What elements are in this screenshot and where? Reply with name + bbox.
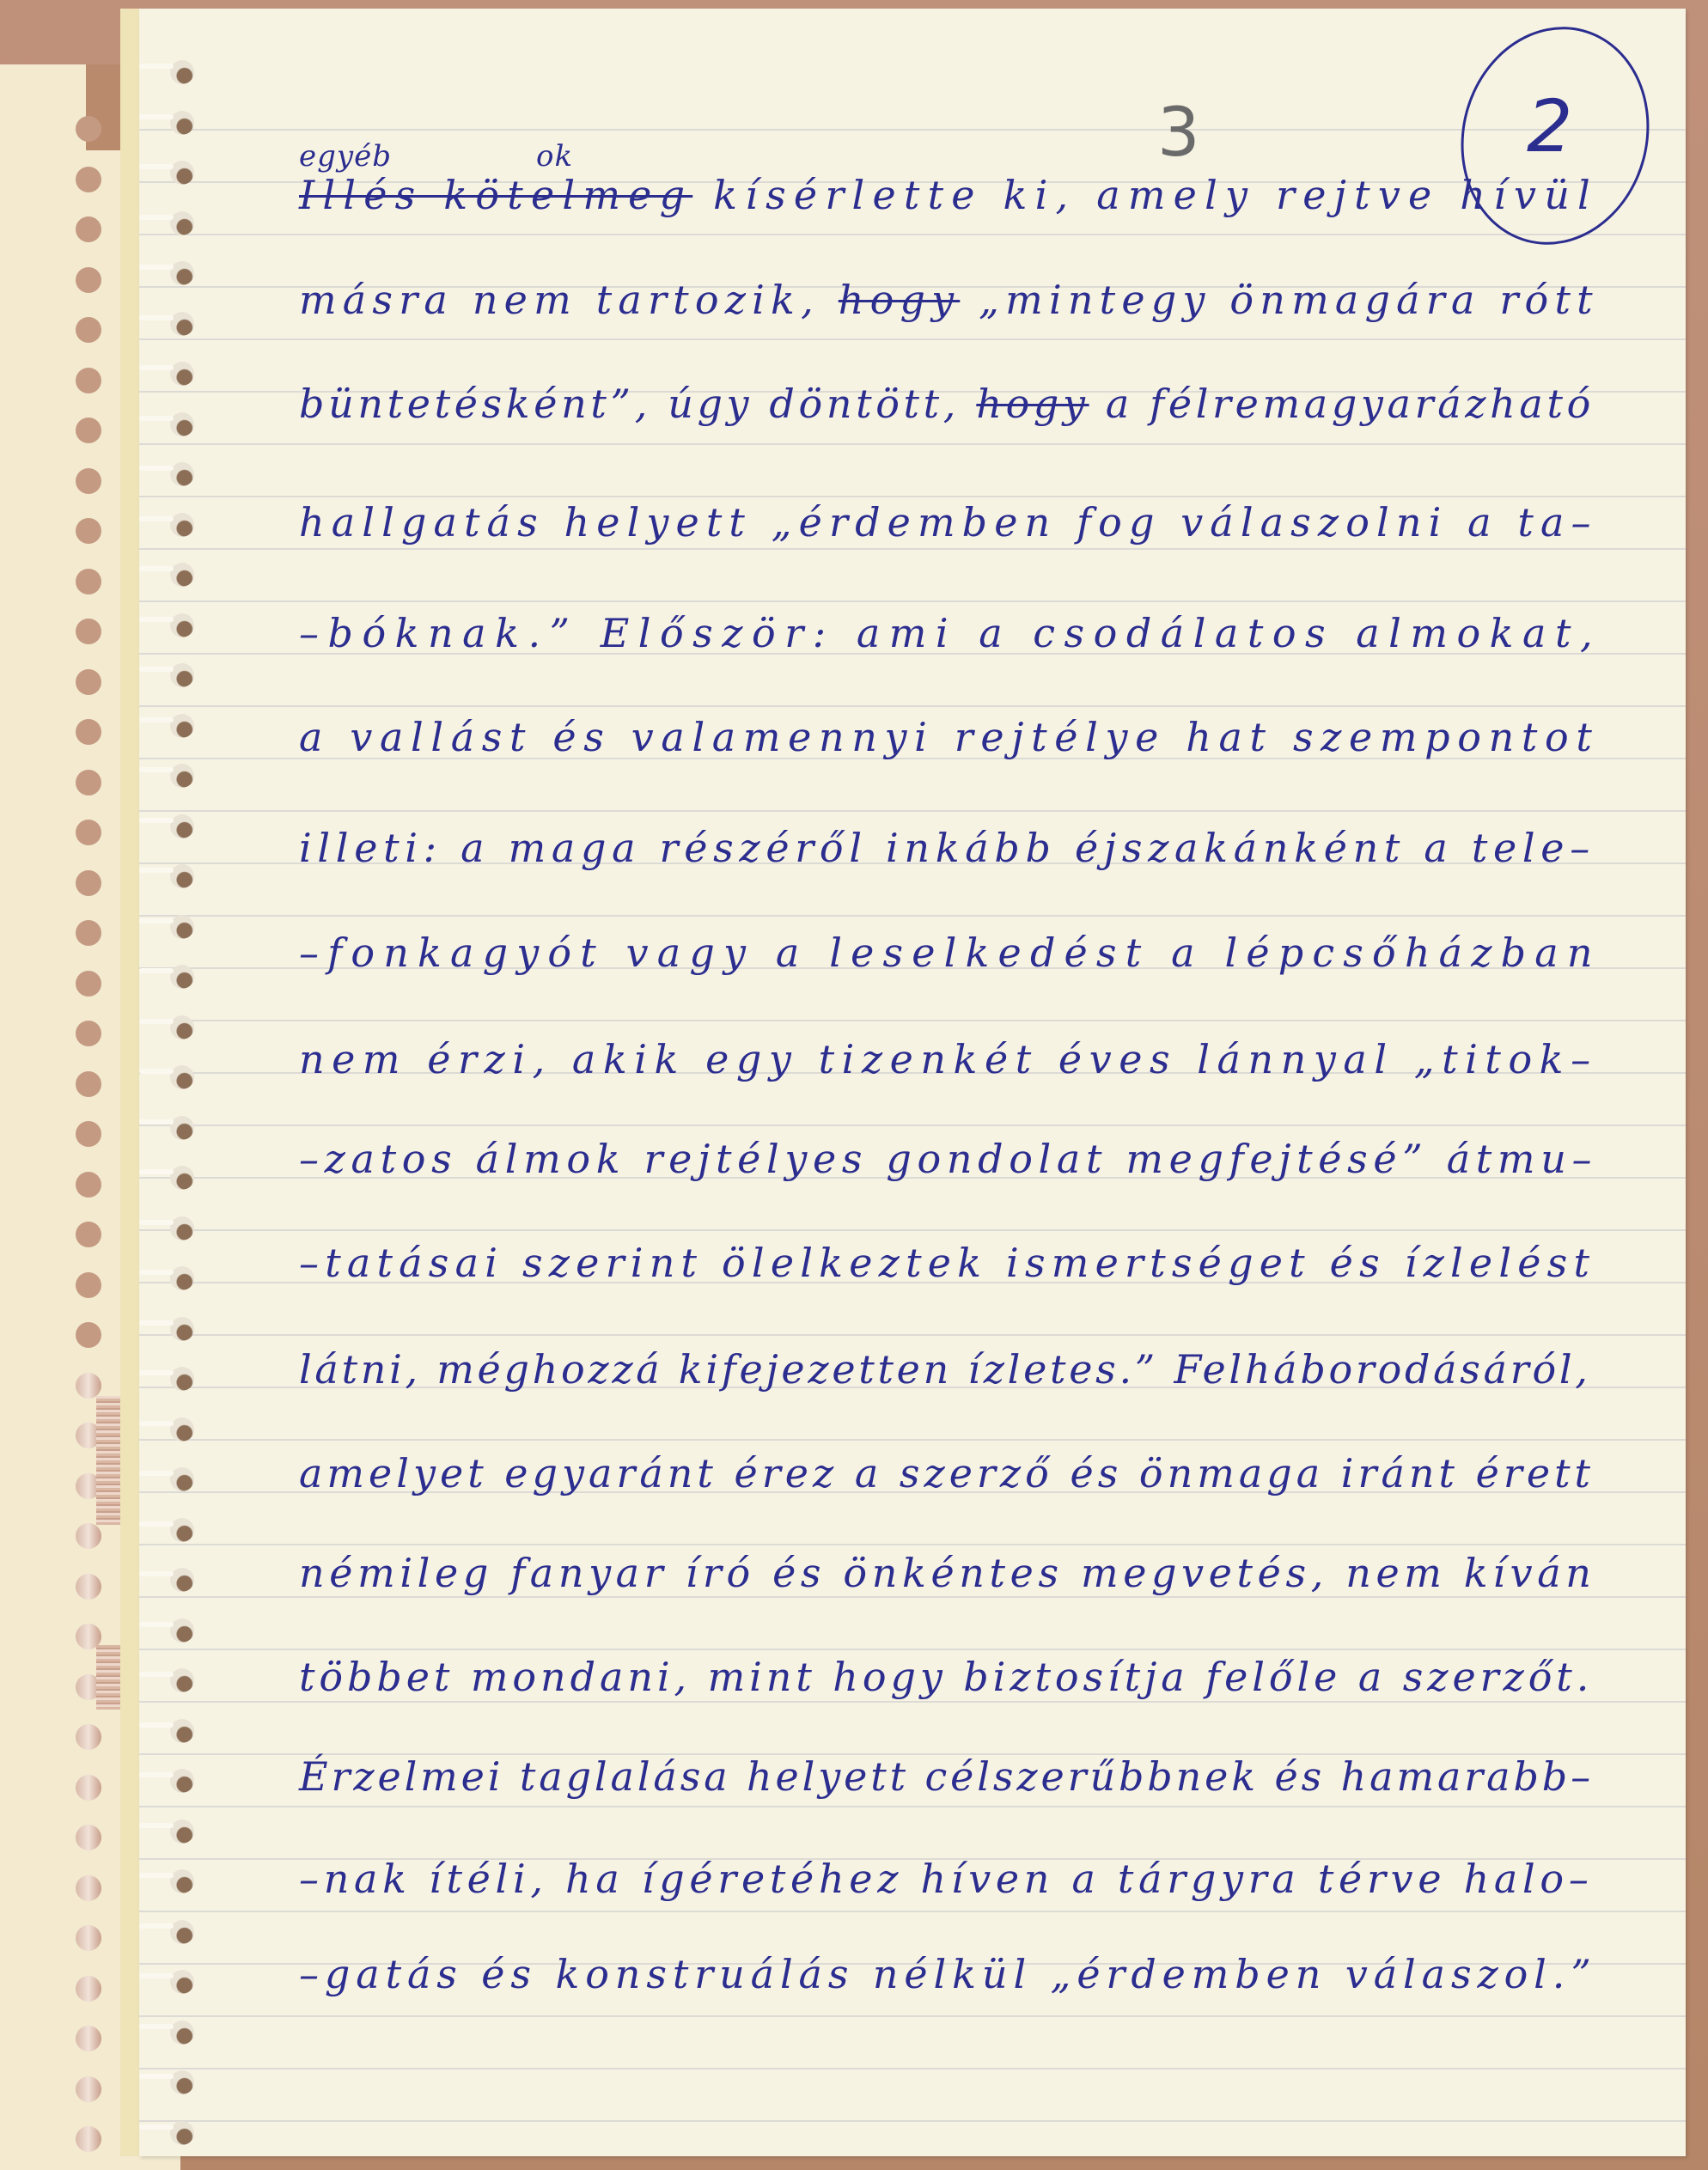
spiral-hole [170,1116,194,1140]
torn-paper-edge [139,868,174,873]
torn-paper-edge [139,114,174,119]
spiral-hole [170,1216,194,1240]
text-segment: többet mondani, mint hogy biztosítja fel… [299,1654,1593,1700]
torn-paper-edge [139,2074,174,2079]
ruled-line [139,338,1686,340]
torn-paper-edge [139,1973,174,1978]
text-segment: Érzelmei taglalása helyett célszerűbbnek… [299,1753,1594,1800]
ruled-line [139,1701,1686,1703]
ruled-line [139,1439,1686,1441]
back-page-hole [76,1172,101,1198]
ruled-line [139,548,1686,550]
torn-paper-edge [139,1220,174,1225]
text-segment: –nak ítéli, ha ígéretéhez híven a tárgyr… [299,1856,1594,1902]
spiral-hole [170,1417,194,1442]
torn-paper-edge [139,1421,174,1426]
torn-paper-edge [139,818,174,823]
torn-paper-edge [139,1772,174,1777]
torn-paper-edge [139,1069,174,1074]
torn-paper-edge [139,667,174,672]
spiral-hole [170,1166,194,1190]
torn-paper-edge [139,416,174,421]
text-line: –bóknak.” Először: ami a csodálatos almo… [299,610,1601,656]
back-page-hole [76,1071,101,1097]
ruled-line [139,2120,1686,2122]
text-line: –gatás és konstruálás nélkül „érdemben v… [299,1951,1597,1997]
text-segment: látni, méghozzá kifejezetten ízletes.” F… [299,1346,1591,1393]
torn-paper-edge [139,1722,174,1728]
back-page-hole [76,2126,101,2152]
spiral-hole [170,1266,194,1290]
text-segment: „mintegy önmagára rótt [960,277,1599,323]
torn-paper-edge [139,1622,174,1627]
ruled-line [139,496,1686,497]
circled-page-number: 2 [1527,84,1572,168]
ruled-line [139,1334,1686,1336]
back-page-hole [76,1523,101,1549]
torn-paper-edge [139,516,174,521]
text-line: a vallást és valamennyi rejtélye hat sze… [299,714,1599,760]
back-page-hole [76,619,101,644]
spiral-hole [170,513,194,537]
text-segment: –zatos álmok rejtélyes gondolat megfejté… [299,1136,1597,1182]
spiral-hole [170,1668,194,1692]
text-line: –fonkagyót vagy a leselkedést a lépcsőhá… [299,930,1601,976]
spiral-hole [170,764,194,788]
back-page-hole [76,1322,101,1348]
spiral-hole [170,814,194,838]
torn-paper-edge [139,164,174,169]
torn-paper-edge [139,566,174,571]
back-page-hole [76,518,101,544]
ruled-line [139,705,1686,707]
back-page-hole [76,267,101,293]
torn-paper-edge [139,1823,174,1828]
torn-paper-edge [139,1169,174,1174]
back-page-hole [76,569,101,594]
spiral-hole [170,563,194,587]
spiral-hole [170,412,194,436]
text-segment: némileg fanyar író és önkéntes megvetés,… [299,1550,1596,1596]
text-segment: másra nem tartozik, [299,277,839,323]
back-page-hole [76,167,101,192]
torn-paper-edge [139,315,174,320]
back-page-hole [76,1021,101,1046]
text-segment: hallgatás helyett „érdemben fog válaszol… [299,499,1598,546]
spiral-hole [170,613,194,637]
back-page-hole [76,1272,101,1298]
text-line: illeti: a maga részéről inkább éjszakánk… [299,825,1595,871]
torn-paper-edge [139,767,174,772]
torn-paper-edge [139,617,174,622]
spiral-hole [170,1618,194,1643]
struck-word: hogy [839,277,961,323]
back-page-hole [76,1574,101,1600]
torn-paper-edge [139,1923,174,1929]
back-page-hole [76,2026,101,2051]
torn-paper-edge [139,1270,174,1275]
back-page-hole [76,418,101,443]
torn-paper-edge [139,1119,174,1125]
spiral-hole [170,1367,194,1391]
ruled-line [139,129,1686,131]
back-page-hole [76,1222,101,1247]
text-line: Illés kötelmeg kísérlette ki, amely rejt… [299,172,1598,218]
spiral-hole [170,864,194,888]
text-line: Érzelmei taglalása helyett célszerűbbnek… [299,1753,1594,1800]
ruled-line [139,1544,1686,1545]
back-page-hole [76,971,101,997]
back-page-hole [76,368,101,393]
ruled-line [139,1125,1686,1126]
spiral-hole [170,462,194,486]
spiral-hole [170,60,194,84]
text-segment: –gatás és konstruálás nélkül „érdemben v… [299,1951,1597,1997]
spiral-hole [170,1518,194,1542]
ruled-line [139,600,1686,602]
torn-paper-edge [139,1873,174,1878]
struck-word: hogy [976,381,1089,427]
back-page-hole [76,770,101,795]
torn-paper-edge [139,365,174,370]
spiral-hole [170,1317,194,1341]
spiral-hole [170,1769,194,1793]
torn-paper-edge [139,215,174,220]
torn-paper-edge [139,1571,174,1576]
text-line: –tatásai szerint ölelkeztek ismertséget … [299,1240,1595,1286]
interlinear-word: ok [536,139,573,174]
text-line: némileg fanyar író és önkéntes megvetés,… [299,1550,1596,1596]
torn-paper-edge [139,1019,174,1024]
text-segment: nem érzi, akik egy tizenkét éves lánnyal… [299,1036,1598,1082]
ruled-line [139,810,1686,812]
back-page-hole [76,870,101,896]
ruled-line [139,1020,1686,1021]
interlinear-word: egyéb [299,139,392,174]
spiral-hole [170,714,194,738]
spiral-hole [170,2021,194,2045]
struck-word: Illés [299,172,423,218]
struck-word: kötelmeg [423,172,692,218]
back-page-hole [76,216,101,242]
back-page-hole [76,1925,101,1951]
ruled-line [139,1649,1686,1650]
torn-paper-edge [139,2124,174,2130]
spiral-hole [170,965,194,989]
back-page-hole [76,1825,101,1850]
back-page-hole [76,2076,101,2102]
torn-paper-edge [139,1320,174,1326]
ruled-line [139,915,1686,917]
spiral-hole [170,1568,194,1592]
back-page-hole [76,719,101,745]
ruled-line [139,234,1686,235]
spiral-hole [170,1970,194,1994]
torn-paper-edge [139,1672,174,1677]
back-page-hole [76,1121,101,1147]
back-page-hole [76,920,101,946]
back-page-hole [76,1724,101,1750]
back-page-hole [76,317,101,343]
spiral-hole [170,1869,194,1893]
back-page-hole [76,1976,101,2002]
back-page-hole [76,820,101,845]
spiral-hole [170,915,194,939]
text-line: büntetésként”, úgy döntött, hogy a félre… [299,381,1595,427]
spiral-hole [170,2070,194,2094]
text-segment: a vallást és valamennyi rejtélye hat sze… [299,714,1599,760]
torn-paper-edge [139,2024,174,2029]
back-page-hole [76,468,101,494]
ruled-line [139,2068,1686,2069]
spiral-hole [170,161,194,185]
spiral-hole [170,211,194,235]
spiral-hole [170,111,194,135]
spiral-hole [170,663,194,687]
ruled-line [139,1596,1686,1598]
text-line: amelyet egyaránt érez a szerző és önmaga… [299,1450,1595,1496]
notebook-page: 3 2 egyéb ok Illés kötelmeg kísérlette k… [139,9,1686,2156]
spiral-hole [170,1920,194,1944]
torn-paper-edge [139,64,174,69]
text-segment: kísérlette ki, amely rejtve hívül [692,172,1598,218]
text-segment: illeti: a maga részéről inkább éjszakánk… [299,825,1595,871]
spiral-hole [170,1719,194,1743]
back-page-hole [76,669,101,695]
text-segment: –fonkagyót vagy a leselkedést a lépcsőhá… [299,930,1601,976]
spiral-hole [170,312,194,336]
back-page-hole [76,1373,101,1399]
ruled-line [139,443,1686,445]
text-line: látni, méghozzá kifejezetten ízletes.” F… [299,1346,1591,1393]
torn-paper-edge [139,1370,174,1375]
text-segment: –bóknak.” Először: ami a csodálatos almo… [299,610,1601,656]
spiral-hole [170,362,194,386]
torn-paper-edge [139,466,174,471]
torn-paper-edge [139,1521,174,1527]
ruled-line [139,1806,1686,1807]
spiral-hole [170,1820,194,1844]
back-page-hole [76,116,101,142]
text-line: hallgatás helyett „érdemben fog válaszol… [299,499,1598,546]
text-segment: amelyet egyaránt érez a szerző és önmaga… [299,1450,1595,1496]
torn-paper-edge [139,918,174,923]
pencil-page-number: 3 [1157,94,1200,172]
text-line: –zatos álmok rejtélyes gondolat megfejté… [299,1136,1597,1182]
spiral-hole [170,2121,194,2145]
torn-paper-edge [139,1471,174,1476]
ruled-line [139,2015,1686,2017]
text-segment: –tatásai szerint ölelkeztek ismertséget … [299,1240,1595,1286]
text-line: többet mondani, mint hogy biztosítja fel… [299,1654,1593,1700]
text-line: nem érzi, akik egy tizenkét éves lánnyal… [299,1036,1598,1082]
ruled-line [139,1911,1686,1912]
spiral-hole [170,1015,194,1039]
back-page-hole [76,1775,101,1801]
torn-paper-edge [139,265,174,270]
text-line: –nak ítéli, ha ígéretéhez híven a tárgyr… [299,1856,1594,1902]
text-segment: a félremagyarázható [1089,381,1595,427]
text-line: másra nem tartozik, hogy „mintegy önmagá… [299,277,1599,323]
spiral-hole [170,261,194,285]
ruled-line [139,1229,1686,1231]
text-segment: büntetésként”, úgy döntött, [299,381,976,427]
spiral-hole [170,1467,194,1491]
torn-paper-edge [139,717,174,722]
back-page-hole [76,1875,101,1901]
torn-paper-edge [139,968,174,973]
spiral-hole [170,1065,194,1089]
